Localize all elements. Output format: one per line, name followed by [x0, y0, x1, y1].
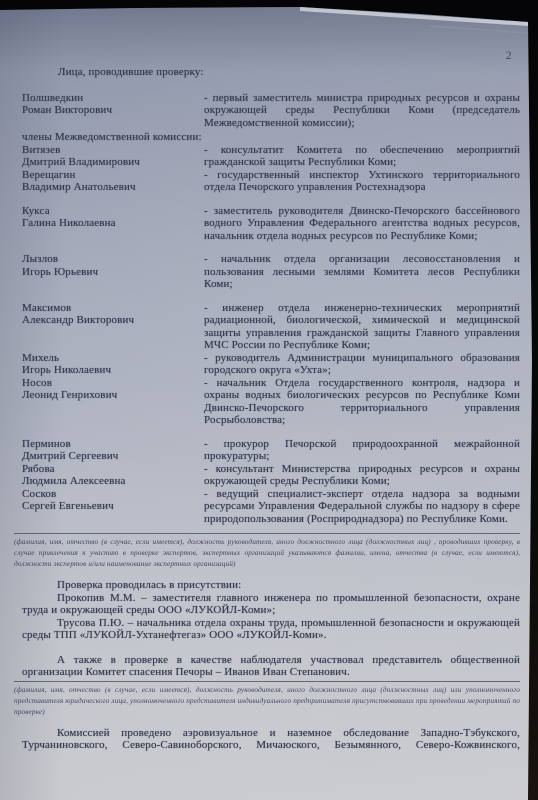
inspector-surname: Носов	[22, 377, 204, 390]
inspector-name: Максимов Александр Викторович	[22, 302, 204, 352]
page-number: 2	[506, 48, 512, 63]
inspector-name: Сосков Сергей Евгеньевич	[22, 488, 204, 526]
footnote-2: (фамилия, имя, отчество (в случае, если …	[14, 684, 520, 717]
inspector-given-name: Леонид Генрихович	[22, 389, 204, 402]
inspector-surname: Рябова	[22, 463, 204, 476]
inspector-role: - консультатит Комитета по обеспечению м…	[204, 144, 520, 169]
inspector-given-name: Игорь Николаевич	[22, 364, 204, 377]
inspector-given-name: Роман Викторович	[22, 104, 204, 117]
inspector-row: Михель Игорь Николаевич - руководитель А…	[22, 352, 520, 377]
inspector-name: Витязев Дмитрий Владимирович	[22, 144, 204, 169]
inspector-given-name: Игорь Юрьевич	[22, 266, 204, 279]
inspector-row: Перминов Дмитрий Сергеевич - прокурор Пе…	[22, 438, 520, 463]
inspector-role: - первый заместитель министра природных …	[204, 92, 520, 130]
inspector-role: - прокурор Печорской природоохранной меж…	[204, 438, 520, 463]
inspector-name: Лызлов Игорь Юрьевич	[22, 253, 204, 291]
inspector-role: - заместитель руководителя Двинско-Печор…	[204, 205, 520, 243]
inspector-row: Сосков Сергей Евгеньевич - ведущий специ…	[22, 488, 520, 526]
inspector-role: - ведущий специалист-эксперт отдела надз…	[204, 488, 520, 526]
inspector-role: - инженер отдела инженерно-технических м…	[204, 302, 520, 352]
inspector-given-name: Александр Викторович	[22, 314, 204, 327]
presence-intro: Проверка проводилась в присутствии:	[22, 579, 520, 592]
inspector-role: - консультант Министерства природных рес…	[204, 463, 520, 488]
inspector-name: Рябова Людмила Алексеевна	[22, 463, 204, 488]
inspector-name: Полшведкин Роман Викторович	[22, 92, 204, 130]
inspector-role: - начальник Отдела государственного конт…	[204, 377, 520, 427]
inspector-name: Носов Леонид Генрихович	[22, 377, 204, 427]
inspector-row: Кукса Галина Николаевна - заместитель ру…	[22, 205, 520, 243]
inspector-surname: Перминов	[22, 438, 204, 451]
inspector-row: Носов Леонид Генрихович - начальник Отде…	[22, 377, 520, 427]
presence-paragraph-1: Прокопив М.М. – заместителя главного инж…	[22, 592, 520, 617]
members-label: члены Межведомственной комиссии:	[22, 131, 520, 144]
inspector-role: - начальник отдела организации лесовосст…	[204, 253, 520, 291]
observer-paragraph: А также в проверке в качестве наблюдател…	[22, 654, 520, 679]
separator-line-1	[14, 533, 520, 534]
photo-backdrop: { "doc": { "page_number": "2", "heading"…	[0, 0, 538, 800]
inspector-surname: Полшведкин	[22, 92, 204, 105]
inspector-given-name: Дмитрий Владимирович	[22, 156, 204, 169]
presence-paragraph-2: Трусова П.Ю. – начальника отдела охраны …	[22, 617, 520, 642]
inspector-name: Перминов Дмитрий Сергеевич	[22, 438, 204, 463]
inspector-name: Верещагин Владимир Анатольевич	[22, 169, 204, 194]
footnote-1: (фамилия, имя, отчество (в случае, если …	[14, 536, 520, 569]
inspector-given-name: Галина Николаевна	[22, 217, 204, 230]
inspectors-list: Витязев Дмитрий Владимирович - консульта…	[22, 144, 520, 526]
inspector-surname: Кукса	[22, 205, 204, 218]
separator-line-2	[14, 681, 520, 682]
closing-paragraph: Комиссией проведено аэровизуальное и наз…	[22, 727, 520, 752]
inspector-row: Верещагин Владимир Анатольевич - государ…	[22, 169, 520, 194]
inspector-given-name: Владимир Анатольевич	[22, 181, 204, 194]
section-heading: Лица, проводившие проверку:	[58, 66, 520, 79]
inspector-row: Рябова Людмила Алексеевна - консультант …	[22, 463, 520, 488]
inspector-role: - государственный инспектор Ухтинского т…	[204, 169, 520, 194]
inspector-name: Михель Игорь Николаевич	[22, 352, 204, 377]
inspector-given-name: Людмила Алексеевна	[22, 475, 204, 488]
inspector-row: Максимов Александр Викторович - инженер …	[22, 302, 520, 352]
inspector-row-chairman: Полшведкин Роман Викторович - первый зам…	[22, 92, 520, 130]
inspector-row: Витязев Дмитрий Владимирович - консульта…	[22, 144, 520, 169]
inspector-row: Лызлов Игорь Юрьевич - начальник отдела …	[22, 253, 520, 291]
inspector-given-name: Дмитрий Сергеевич	[22, 450, 204, 463]
inspector-surname: Михель	[22, 352, 204, 365]
inspector-surname: Верещагин	[22, 169, 204, 182]
inspector-name: Кукса Галина Николаевна	[22, 205, 204, 243]
inspector-role: - руководитель Администрации муниципальн…	[204, 352, 520, 377]
inspector-surname: Максимов	[22, 302, 204, 315]
inspector-surname: Лызлов	[22, 253, 204, 266]
inspector-given-name: Сергей Евгеньевич	[22, 500, 204, 513]
inspector-surname: Витязев	[22, 144, 204, 157]
page-content: Лица, проводившие проверку: Полшведкин Р…	[22, 66, 520, 752]
inspector-surname: Сосков	[22, 488, 204, 501]
